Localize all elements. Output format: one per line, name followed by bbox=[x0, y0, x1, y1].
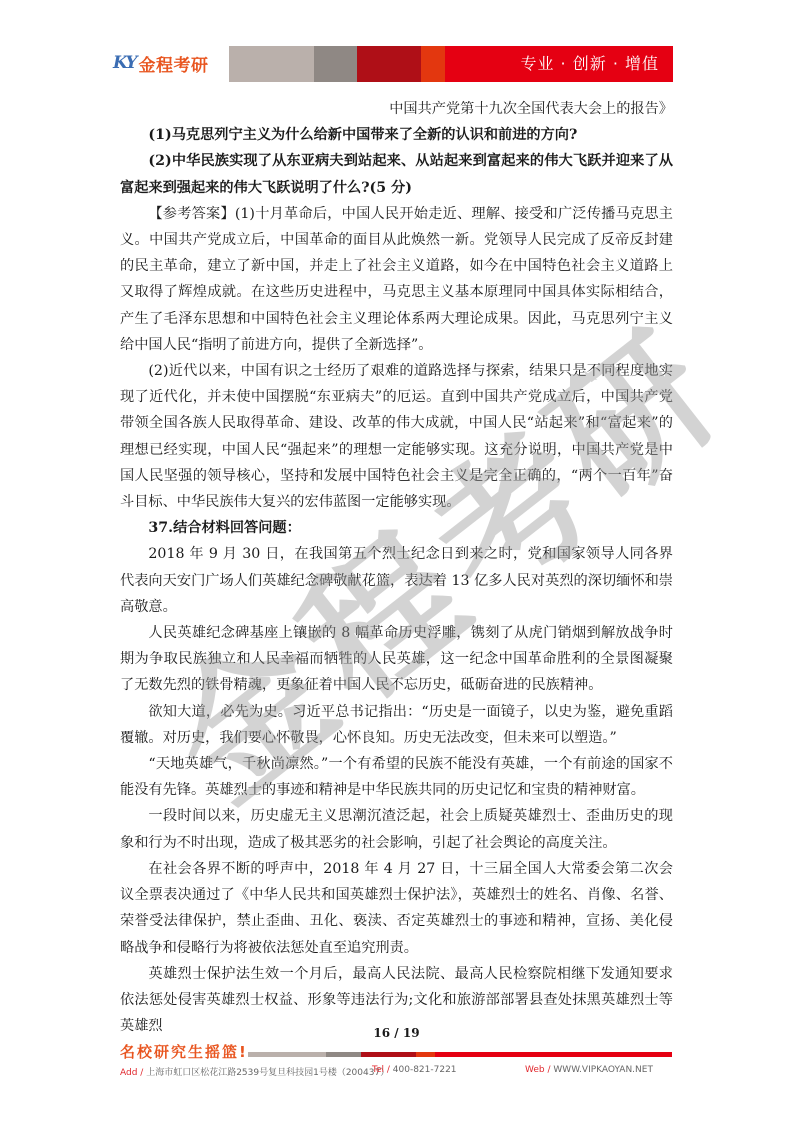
material-paragraph: 人民英雄纪念碑基座上镶嵌的 8 幅革命历史浮雕，镌刻了从虎门销烟到解放战争时期为… bbox=[120, 620, 673, 699]
logo-name: 金程考研 bbox=[138, 51, 208, 76]
address-value: 上海市虹口区松花江路2539号复旦科技园1号楼（200437） bbox=[146, 1068, 389, 1078]
header-band-segment bbox=[421, 46, 445, 82]
footer-phone: Tel / 400-821-7221 bbox=[372, 1065, 457, 1075]
material-paragraph: 欲知大道，必先为史。习近平总书记指出：“历史是一面镜子，以史为鉴，避免重蹈覆辙。… bbox=[120, 699, 673, 751]
brand-logo: KY 金程考研 bbox=[113, 48, 208, 78]
header-band-segment bbox=[229, 46, 314, 82]
material-paragraph: 一段时间以来，历史虚无主义思潮沉渣泛起，社会上质疑英雄烈士、歪曲历史的现象和行为… bbox=[120, 803, 673, 855]
website-value: WWW.VIPKAOYAN.NET bbox=[553, 1065, 653, 1075]
website-label: Web / bbox=[525, 1065, 551, 1075]
continuation-line: 中国共产党第十九次全国代表大会上的报告》 bbox=[120, 96, 673, 122]
footer-band-segment bbox=[326, 1052, 361, 1057]
answer-paragraph-2: (2)近代以来，中国有识之士经历了艰难的道路选择与探索，结果只是不同程度地实现了… bbox=[120, 358, 673, 515]
footer-website: Web / WWW.VIPKAOYAN.NET bbox=[525, 1065, 653, 1075]
footer-address: Add / 上海市虹口区松花江路2539号复旦科技园1号楼（200437） bbox=[120, 1065, 389, 1078]
footer-band-segment bbox=[416, 1052, 435, 1057]
question-37-title: 37.结合材料回答问题： bbox=[120, 515, 673, 541]
question-1: (1)马克思列宁主义为什么给新中国带来了全新的认识和前进的方向? bbox=[120, 122, 673, 148]
answer-label: 【参考答案】 bbox=[148, 206, 234, 222]
phone-value: 400-821-7221 bbox=[393, 1065, 457, 1075]
footer-slogan: 名校研究生摇篮! bbox=[120, 1041, 248, 1062]
header-band-segment bbox=[314, 46, 357, 82]
footer-band-segment bbox=[248, 1052, 326, 1057]
material-paragraph: 在社会各界不断的呼声中，2018 年 4 月 27 日，十三届全国人大常委会第二… bbox=[120, 856, 673, 961]
footer-band-segment bbox=[435, 1052, 672, 1057]
address-label: Add / bbox=[120, 1068, 143, 1078]
page-header: KY 金程考研 专业 · 创新 · 增值 bbox=[0, 0, 793, 95]
answer-paragraph-1: 【参考答案】(1)十月革命后，中国人民开始走近、理解、接受和广泛传播马克思主义。… bbox=[120, 201, 673, 358]
document-body: 中国共产党第十九次全国代表大会上的报告》 (1)马克思列宁主义为什么给新中国带来… bbox=[120, 96, 673, 1039]
material-paragraph: 2018 年 9 月 30 日，在我国第五个烈士纪念日到来之时，党和国家领导人同… bbox=[120, 541, 673, 620]
footer-band-segment bbox=[361, 1052, 416, 1057]
header-band-segment bbox=[357, 46, 421, 82]
answer-1-text: (1)十月革命后，中国人民开始走近、理解、接受和广泛传播马克思主义。中国共产党成… bbox=[120, 206, 673, 353]
logo-mark-icon: KY bbox=[113, 53, 135, 73]
phone-label: Tel / bbox=[372, 1065, 390, 1075]
header-slogan: 专业 · 创新 · 增值 bbox=[445, 46, 659, 82]
page-footer: 名校研究生摇篮! Add / 上海市虹口区松花江路2539号复旦科技园1号楼（2… bbox=[0, 1035, 793, 1095]
question-2: (2)中华民族实现了从东亚病夫到站起来、从站起来到富起来的伟大飞跃并迎来了从富起… bbox=[120, 148, 673, 200]
material-paragraph: “天地英雄气，千秋尚凛然。”一个有希望的民族不能没有英雄，一个有前途的国家不能没… bbox=[120, 751, 673, 803]
